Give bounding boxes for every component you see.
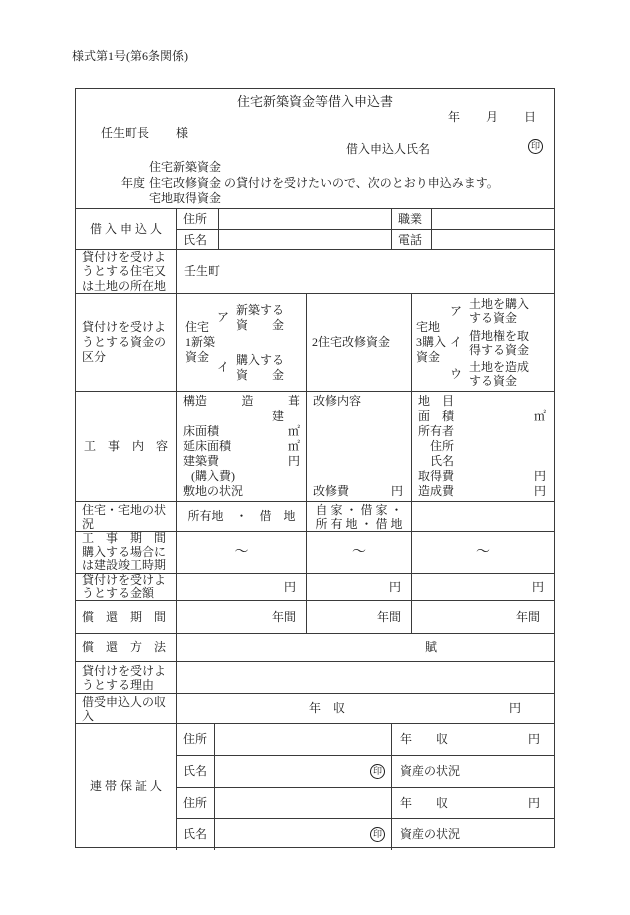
loan-amount-col3: 円	[411, 574, 554, 600]
name-label: 氏名	[176, 819, 214, 850]
repayment-period-col3: 年間	[411, 601, 554, 633]
katakana-i-mark: イ	[450, 335, 462, 350]
property-location-label: 貸付けを受けよ うとする住宅又 は土地の所在地	[76, 250, 176, 293]
fund-type-item: 住宅改修資金	[149, 176, 221, 192]
work-period-col2: ～	[306, 532, 411, 573]
yen-unit: 円	[534, 484, 546, 499]
phone-label: 電話	[391, 230, 431, 250]
guarantor2-assets-label: 資産の状況	[391, 819, 554, 850]
guarantor1-income-cell: 年 収 円	[391, 724, 554, 755]
land-develop-item: 土地を造成 する資金	[469, 360, 529, 388]
guarantor1-assets-label: 資産の状況	[391, 756, 554, 787]
leasehold-item: 借地権を取 得する資金	[469, 329, 529, 357]
repayment-period-row: 償 還 期 間 年間 年間 年間	[76, 600, 554, 633]
occupation-label: 職業	[391, 209, 431, 229]
repayment-period-label: 償 還 期 間	[76, 601, 176, 633]
scanned-form-page: 様式第1号(第6条関係) 住宅新築資金等借入申込書 年 月 日 任生町長 様 借…	[0, 0, 630, 915]
guarantor2-income-cell: 年 収 円	[391, 788, 554, 818]
owner-address-label: 住所	[418, 439, 546, 454]
applicant-row-label: 借 入 申 込 人	[76, 209, 176, 249]
income-shu-label: 収	[436, 732, 448, 747]
loan-amount-col2: 円	[306, 574, 411, 600]
loan-reason-label: 貸付けを受けよ うとする理由	[76, 662, 176, 693]
date-line: 年 月 日	[76, 110, 554, 125]
repayment-method-label: 償 還 方 法	[76, 634, 176, 661]
site-status-label: 住宅・宅地の状 況	[76, 502, 176, 531]
guarantor-label: 連 帯 保 証 人	[76, 724, 176, 849]
new-build-fund-item: 新築する 資 金	[236, 303, 284, 332]
renovation-content-label: 改修内容	[313, 394, 403, 409]
guarantor2-name-field: 印	[214, 819, 391, 850]
work-period-col3: ～	[411, 532, 554, 573]
property-location-row: 貸付けを受けよ うとする住宅又 は土地の所在地 壬生町	[76, 249, 554, 293]
guarantor1-address-band: 住所 年 収 円	[176, 724, 554, 755]
floor-area-label: 床面積	[183, 424, 219, 439]
guarantor1-address-field	[214, 724, 391, 755]
construction-col2: 改修内容 改修費 円	[306, 392, 411, 501]
sqm-unit: ㎡	[534, 409, 546, 424]
land-fund-items: ア 土地を購入 する資金 イ 借地権を取 得する資金 ウ 土地を造成 する資金	[446, 294, 554, 391]
applicant-income-cell: 年 収 円	[176, 694, 554, 723]
income-year-label: 年	[400, 796, 412, 811]
work-period-row: 工 事 期 間 購入する場合に は建設竣工時期 ～ ～ ～	[76, 531, 554, 573]
repayment-period-col2: 年間	[306, 601, 411, 633]
development-cost-label: 造成費	[418, 484, 454, 499]
renovation-cost-label: 改修費	[313, 484, 349, 499]
renovation-fund-cell: 2住宅改修資金	[306, 294, 411, 391]
name-label: 氏名	[176, 756, 214, 787]
date-day-label: 日	[524, 110, 536, 125]
construction-label: 工 事 内 容	[76, 392, 176, 501]
fund-type-item: 住宅新築資金	[149, 160, 221, 176]
loan-amount-row: 貸付けを受けよ うとする金額 円 円 円	[76, 573, 554, 600]
loan-reason-field	[176, 662, 554, 693]
fund-class-label: 貸付けを受けよ うとする資金の 区分	[76, 294, 176, 391]
repayment-method-value: 賦	[425, 640, 437, 655]
seal-icon: 印	[370, 827, 385, 842]
roofing-label: 葺	[288, 394, 300, 409]
owner-label: 所有者	[418, 424, 546, 439]
construction-row: 工 事 内 容 構造 造 葺 建 床面積 ㎡ 延床面積 ㎡ 建築費	[76, 391, 554, 501]
applicant-address-field	[218, 209, 391, 229]
fund-type-list: 住宅新築資金 住宅改修資金 宅地取得資金	[149, 160, 221, 207]
applicant-occupation-field	[431, 209, 554, 229]
land-category-label: 地 目	[418, 394, 546, 409]
owner-name-label: 氏名	[418, 454, 546, 469]
application-statement: の貸付けを受けたいので、次のとおり申込みます。	[224, 176, 499, 191]
address-label: 住所	[176, 724, 214, 755]
site-status-col1: 所有地 ・ 借 地	[176, 502, 306, 531]
loan-amount-col1: 円	[176, 574, 306, 600]
total-floor-area-label: 延床面積	[183, 439, 231, 454]
yen-unit: 円	[509, 701, 521, 716]
construction-cost-label: 建築費	[183, 454, 219, 469]
sqm-unit: ㎡	[288, 424, 300, 439]
guarantor2-name-band: 氏名 印 資産の状況	[176, 818, 554, 850]
area-label: 面 積	[418, 409, 454, 424]
fund-class-land-cell: 宅地 3購入 資金 ア 土地を購入 する資金 イ 借地権を取 得する資金 ウ 土…	[411, 294, 554, 391]
guarantor1-name-band: 氏名 印 資産の状況	[176, 755, 554, 787]
acquisition-cost-label: 取得費	[418, 469, 454, 484]
yen-unit: 円	[528, 732, 540, 747]
fiscal-year-label: 年度	[121, 176, 145, 191]
site-status-col2: 自 家 ・ 借 家 ・ 所 有 地 ・ 借 地	[306, 502, 411, 531]
address-label: 住所	[176, 209, 218, 229]
applicant-name-label: 借入申込人氏名	[346, 142, 430, 157]
katakana-u-mark: ウ	[450, 367, 462, 382]
construction-col3: 地 目 面 積 ㎡ 所有者 住所 氏名 取得費 円 造成費 円	[411, 392, 554, 501]
guarantor1-name-field: 印	[214, 756, 391, 787]
date-year-label: 年	[448, 110, 460, 125]
site-status-row: 住宅・宅地の状 況 所有地 ・ 借 地 自 家 ・ 借 家 ・ 所 有 地 ・ …	[76, 501, 554, 531]
katakana-a-mark: ア	[217, 310, 229, 325]
construction-col1: 構造 造 葺 建 床面積 ㎡ 延床面積 ㎡ 建築費 円 (購入費)	[176, 392, 306, 501]
applicant-income-label: 借受申込人の収 入	[76, 694, 176, 723]
seal-icon: 印	[370, 764, 385, 779]
applicant-address-band: 住所 職業	[176, 209, 554, 229]
applicant-row: 借 入 申 込 人 住所 職業 氏名 電話	[76, 208, 554, 249]
repayment-period-col1: 年間	[176, 601, 306, 633]
addressee-honorific: 様	[176, 126, 188, 141]
applicant-name-field	[218, 230, 391, 250]
site-condition-label: 敷地の状況	[183, 484, 300, 499]
zukuri-label: 造	[241, 394, 253, 409]
property-location-value: 壬生町	[176, 250, 554, 293]
fund-class-row: 貸付けを受けよ うとする資金の 区分 住宅 1新築 資金 ア 新築する 資 金 …	[76, 293, 554, 391]
form-number: 様式第1号(第6条関係)	[72, 49, 188, 64]
yen-unit: 円	[288, 454, 300, 469]
katakana-i-mark: イ	[217, 360, 229, 375]
yen-unit: 円	[534, 469, 546, 484]
sqm-unit: ㎡	[288, 439, 300, 454]
storeys-label: 建	[183, 409, 300, 424]
site-status-col3	[411, 502, 554, 531]
income-year-label: 年	[400, 732, 412, 747]
income-shu-label: 収	[436, 796, 448, 811]
housing-fund-head: 住宅 1新築 資金	[185, 320, 215, 365]
guarantor2-address-band: 住所 年 収 円	[176, 787, 554, 818]
form-title: 住宅新築資金等借入申込書	[76, 94, 554, 109]
purchase-cost-label: (購入費)	[183, 469, 300, 484]
seal-icon: 印	[528, 139, 543, 154]
date-month-label: 月	[486, 110, 498, 125]
guarantor-row: 連 帯 保 証 人 住所 年 収 円 氏名 印 資産の状況 住所	[76, 723, 554, 849]
work-period-label: 工 事 期 間 購入する場合に は建設竣工時期	[76, 532, 176, 573]
addressee: 任生町長	[101, 126, 149, 141]
applicant-name-band: 氏名 電話	[176, 229, 554, 250]
loan-amount-label: 貸付けを受けよ うとする金額	[76, 574, 176, 600]
yen-unit: 円	[391, 484, 403, 499]
repayment-method-cell: 賦	[176, 634, 554, 661]
katakana-a-mark: ア	[450, 304, 462, 319]
housing-fund-items: ア 新築する 資 金 イ 購入する 資 金	[215, 294, 306, 391]
applicant-phone-field	[431, 230, 554, 250]
applicant-income-row: 借受申込人の収 入 年 収 円	[76, 693, 554, 723]
loan-reason-row: 貸付けを受けよ うとする理由	[76, 661, 554, 693]
name-label: 氏名	[176, 230, 218, 250]
fund-type-item: 宅地取得資金	[149, 191, 221, 207]
address-label: 住所	[176, 788, 214, 818]
purchase-fund-item: 購入する 資 金	[236, 353, 284, 382]
loan-application-table: 住宅新築資金等借入申込書 年 月 日 任生町長 様 借入申込人氏名 印 年度 住…	[75, 88, 555, 848]
guarantor2-address-field	[214, 788, 391, 818]
repayment-method-row: 償 還 方 法 賦	[76, 633, 554, 661]
structure-label: 構造	[183, 394, 207, 409]
yen-unit: 円	[528, 796, 540, 811]
work-period-col1: ～	[176, 532, 306, 573]
land-fund-head: 宅地 3購入 資金	[416, 320, 446, 365]
annual-income-label: 年 収	[309, 701, 345, 716]
fund-class-housing-cell: 住宅 1新築 資金 ア 新築する 資 金 イ 購入する 資 金	[176, 294, 306, 391]
land-purchase-item: 土地を購入 する資金	[469, 297, 529, 325]
